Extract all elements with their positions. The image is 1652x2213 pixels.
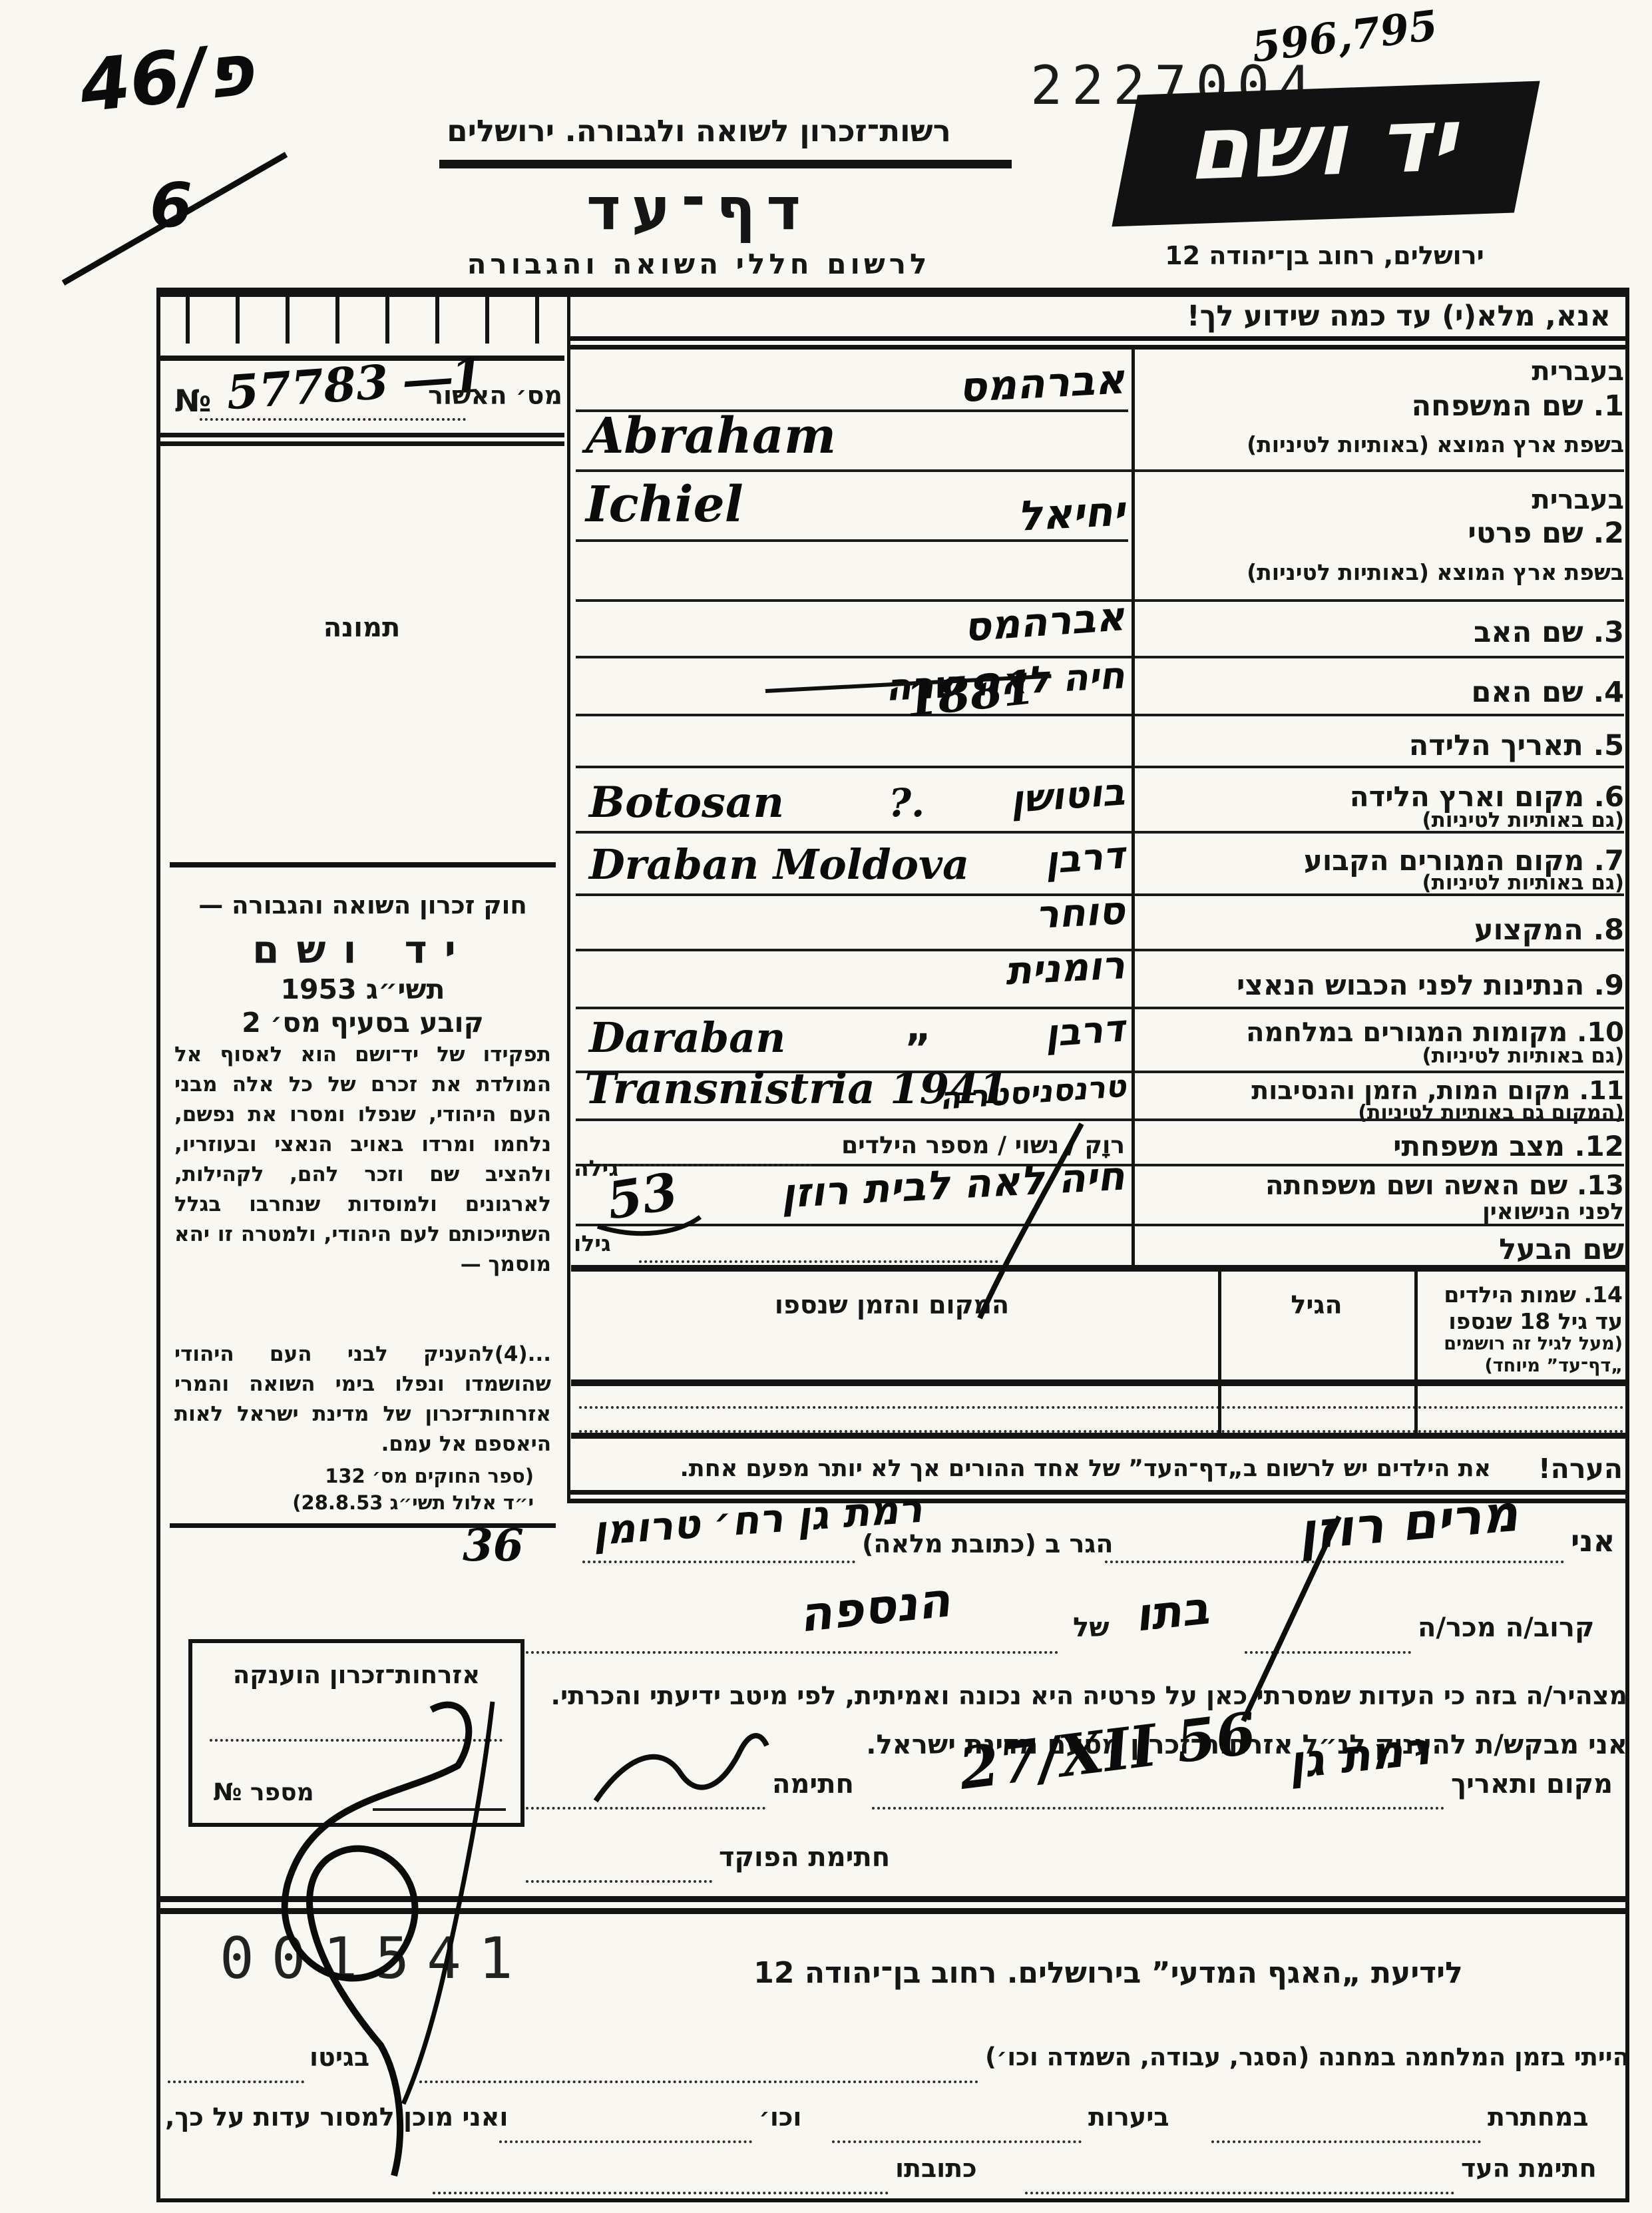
scientific-branch-info: לידיעת „האגף המדעי” בירושלים. רחוב בן־יה…: [592, 1956, 1624, 1990]
grant-box-title: אזרחות־זכרון הוענקה: [195, 1660, 518, 1689]
grant-box-number-label: מספר №: [213, 1779, 359, 1806]
yad-vashem-logo: יד ושם: [1112, 81, 1540, 227]
instruction-double-rule: [567, 336, 1629, 350]
law-year: תשי״ג 1953: [170, 973, 556, 1005]
dotted-line: [1025, 2192, 1454, 2194]
tick-mark: [485, 297, 489, 344]
field4-label: 4. שם האם: [1141, 676, 1624, 709]
certificate-double-rule: [160, 433, 564, 446]
field2-sublabel: בשפת ארץ המוצא (באותיות לטיניות): [1141, 559, 1624, 585]
tick-mark: [236, 297, 240, 344]
relative-label: קרוב/ה מכר/ה: [1418, 1612, 1594, 1643]
table-age-header: הגיל: [1223, 1290, 1410, 1320]
tick-mark: [435, 297, 439, 344]
citizenship-hand: רומנית: [950, 942, 1126, 997]
dotted-line: [526, 1807, 765, 1810]
grant-box-dotted-line: [210, 1739, 503, 1742]
punch-ticks-row: [160, 297, 564, 361]
residence-latin-hand: Draban Moldova: [589, 840, 969, 889]
camp-label: הייתי בזמן המלחמה במחנה (הסגר, עבודה, הש…: [985, 2043, 1629, 2071]
table-row-line: [579, 1406, 1624, 1409]
first-name-hebrew-hand: יחיאל: [930, 486, 1126, 545]
field2-hebrew-label: בעברית: [1141, 485, 1624, 515]
his-age-dotted-line: [639, 1260, 998, 1263]
dotted-line: [832, 2140, 1082, 2143]
dotted-line: [526, 1880, 712, 1883]
org-title: רשות־זכרון לשואה ולגבורה. ירושלים: [386, 113, 1012, 148]
note-label: הערה!: [1503, 1453, 1623, 1485]
war-residence-latin-hand: Daraban: [589, 1013, 785, 1062]
certificate-number-label: מס׳ האשור: [399, 381, 562, 410]
birth-place-latin-hand: Botosan: [589, 778, 784, 828]
his-age-label: גילו: [574, 1230, 611, 1256]
field5-label: 5. תאריך הלידה: [1141, 729, 1624, 762]
corner-file-number-2: 6: [150, 170, 192, 241]
testify-label: ואני מוכן למסור עדות על כך,: [165, 2102, 508, 2132]
declaration-text: מצהיר/ה בזה כי העדות שמסרתי כאן על פרטיה…: [519, 1681, 1627, 1710]
law-name: יד ושם: [170, 927, 556, 972]
field12-label: 12. מצב משפחתי: [1141, 1130, 1624, 1162]
field-rule: [576, 766, 1624, 768]
law-reference-1: (ספר החוקים מס׳ 132: [174, 1465, 534, 1487]
first-name-latin-hand: Ichiel: [586, 476, 743, 533]
table-children-header-sub: (מעל לגיל זה רושמים „דף־עד” מיוחד): [1423, 1333, 1623, 1377]
law-section: קובע בסעיף מס׳ 2: [170, 1007, 556, 1039]
write-line: [576, 539, 1128, 542]
yad-vashem-logo-text: יד ושם: [1116, 87, 1539, 203]
field1-hebrew-label: בעברית: [1141, 356, 1624, 387]
table-divider-age-place: [1218, 1265, 1221, 1433]
official-signature-label: חתימת הפוקד: [719, 1842, 890, 1873]
grant-box-number-line: [373, 1808, 506, 1811]
table-top-rule: [571, 1265, 1628, 1272]
field3-label: 3. שם האב: [1141, 616, 1624, 649]
i-label: אני: [1571, 1523, 1615, 1559]
law-paragraph-1: תפקידו של יד־ושם הוא לאסוף אל המולדת את …: [174, 1040, 551, 1280]
tick-mark: [535, 297, 539, 344]
dotted-line: [499, 2140, 752, 2143]
sidebar-top-rule: [170, 862, 556, 867]
dotted-line: [872, 1807, 1444, 1810]
dotted-line: [526, 1651, 1058, 1654]
scanned-testimony-form: 46/פ 6 2227004 596,795 רשות־זכרון לשואה …: [0, 0, 1652, 2213]
dotted-line: [582, 1561, 855, 1563]
address-label: הגר ב (כתובת מלאה): [862, 1529, 1113, 1559]
dotted-line: [419, 2081, 978, 2083]
dotted-line: [1211, 2140, 1481, 2143]
underground-label: במחתרת: [1488, 2102, 1589, 2132]
form-top-heavy-rule: [156, 288, 1629, 297]
field-rule: [576, 1224, 1624, 1226]
field-rule: [576, 1118, 1624, 1121]
field7-sublabel: (גם באותיות לטיניות): [1141, 871, 1624, 895]
handwritten-serial-number: 596,795: [1249, 1, 1440, 72]
dotted-line: [168, 2081, 304, 2083]
section-double-rule: [156, 1896, 1629, 1914]
field9-label: 9. הנתינות לפני הכבוש הנאצי: [1141, 969, 1624, 1001]
corner-file-number: 46/פ: [76, 28, 257, 129]
note-text: את הילדים יש לרשום ב„דף־העד” של אחד ההור…: [586, 1455, 1491, 1482]
field2-label: 2. שם פרטי: [1141, 517, 1624, 550]
tick-mark: [385, 297, 389, 344]
tick-mark: [335, 297, 339, 344]
dotted-line: [1105, 1561, 1564, 1563]
stamp-number-bottom: 001541: [220, 1925, 530, 1992]
certificate-number-line: [200, 418, 466, 421]
field6-sublabel: (גם באותיות לטיניות): [1141, 808, 1624, 832]
law-paragraph-2: ...(4)להעניק לבני העם היהודי שהושמדו ונפ…: [174, 1340, 551, 1459]
tick-mark: [286, 297, 290, 344]
field1-label: 1. שם המשפחה: [1141, 389, 1624, 423]
column-divider-labels: [1132, 346, 1135, 1266]
profession-hand: סוחר: [997, 887, 1126, 939]
law-title: חוק זכרון השואה והגבורה —: [170, 891, 556, 919]
of-label: של: [1073, 1612, 1110, 1643]
field1-sublabel: בשפת ארץ המוצא (באותיות לטיניות): [1141, 431, 1624, 457]
place-date-label: מקום ותאריך: [1451, 1769, 1613, 1800]
form-subtitle: לרשום חללי השואה והגבורה: [466, 248, 932, 280]
org-title-rule: [439, 160, 1012, 168]
relation-hand: בתו: [1132, 1582, 1211, 1642]
table-header-bottom-rule: [571, 1379, 1628, 1386]
table-place-header: המקום והזמן שנספו: [599, 1290, 1185, 1320]
field-rule: [576, 831, 1624, 834]
form-title: דף־עד: [572, 174, 825, 243]
note-top-rule: [571, 1433, 1628, 1439]
logo-address: ירושלים, רחוב בן־יהודה 12: [1092, 241, 1557, 270]
war-residence-hebrew-hand: דרבן: [1017, 1007, 1126, 1057]
etc-label: וכו׳: [759, 2102, 801, 2132]
photo-label: תמונה: [160, 613, 563, 643]
family-name-latin-hand: Abraham: [586, 407, 836, 465]
husband-name-label: שם הבעל: [1141, 1233, 1624, 1266]
field10-sublabel: (גם באותיות לטיניות): [1141, 1044, 1624, 1068]
field13-label: 13. שם האשה ושם משפחתה: [1141, 1170, 1624, 1201]
ghetto-label: בגיטו: [310, 2043, 369, 2072]
fill-in-instruction: אנא, מלא(י) עד כמה שידוע לך!: [1145, 300, 1611, 333]
column-divider-left: [567, 288, 570, 1503]
her-age-hand: 53: [603, 1161, 682, 1230]
certificate-number-symbol: №: [174, 383, 211, 419]
witness-address-label: כתובתו: [895, 2154, 977, 2183]
witness-house-number-hand: 36: [463, 1519, 524, 1571]
dotted-line: [433, 2192, 889, 2194]
forests-label: ביערות: [1088, 2102, 1169, 2132]
witness-signature-label: חתימת העד: [1461, 2154, 1597, 2183]
table-divider-names-age: [1414, 1265, 1418, 1433]
field13-sublabel: לפני הנישואין: [1141, 1198, 1624, 1225]
signature-label: חתימה: [772, 1769, 854, 1800]
residence-hebrew-hand: דרבן: [1017, 834, 1126, 884]
dotted-line: [1245, 1651, 1411, 1654]
table-children-header: 14. שמות הילדים עד גיל 18 שנספו: [1423, 1282, 1623, 1335]
law-reference-2: י״ד אלול תשי״ג 28.8.53): [174, 1491, 534, 1514]
tick-mark: [186, 297, 190, 344]
field8-label: 8. המקצוע: [1141, 913, 1624, 947]
war-residence-ditto-mark: „: [905, 1004, 931, 1051]
field-rule: [576, 469, 1624, 472]
birth-place-mark-hand: ?.: [889, 780, 925, 826]
